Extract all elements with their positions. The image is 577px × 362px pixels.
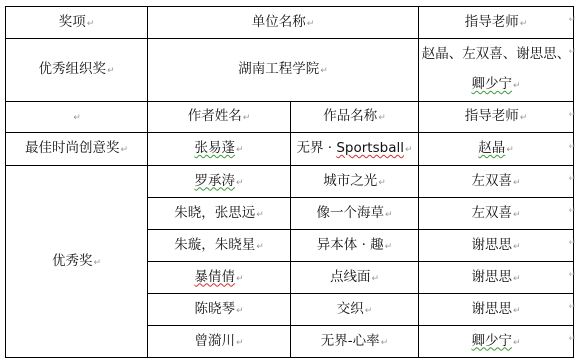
paragraph-mark-icon: ↵ — [320, 66, 328, 76]
author-cell[interactable]: 罗承涛↵ — [148, 166, 291, 198]
advisor-name: 左双喜 — [471, 205, 512, 221]
author-name: 暴倩倩 — [194, 269, 235, 285]
best-fashion-creative-author-cell[interactable]: 张易蓬↵ — [148, 133, 291, 166]
paragraph-mark-icon: ↵ — [506, 145, 514, 155]
paragraph-mark-icon: ↵ — [381, 338, 389, 348]
author-name: 罗承涛 — [194, 173, 235, 189]
author-cell[interactable]: 陈晓琴↵ — [148, 294, 291, 326]
author-cell[interactable]: 曾漪川↵ — [148, 326, 291, 358]
advisor-name: 左双喜 — [471, 173, 512, 189]
paragraph-mark-icon: ↵ — [93, 258, 101, 268]
paragraph-mark-icon: ↵ — [385, 242, 393, 252]
advisor-cell[interactable]: 谢思思↵ — [419, 294, 574, 326]
paragraph-mark-icon: ↵ — [120, 145, 128, 155]
excellent-award-row: 优秀奖↵ 罗承涛↵ 城市之光↵ 左双喜↵ — [6, 166, 574, 198]
paragraph-mark-icon: ↵ — [513, 242, 521, 252]
paragraph-mark-icon: ↵ — [307, 19, 315, 29]
work-name: 城市之光 — [323, 173, 377, 189]
table-header-row: 奖项↵ 单位名称↵ 指导老师↵ — [6, 7, 574, 39]
subheader-author: 作者姓名 — [188, 108, 242, 124]
subheader-advisor: 指导老师 — [465, 108, 519, 124]
row-end-mark-icon: ↵ — [568, 47, 576, 57]
advisor-cell[interactable]: 左双喜↵ — [419, 198, 574, 230]
excellent-award-cell[interactable]: 优秀奖↵ — [6, 166, 148, 358]
work-name: 异本体 · 趣 — [317, 237, 384, 253]
advisor-name: 卿少宁 — [471, 333, 512, 349]
organization-advisors-line1: 赵晶、左双喜、谢思思、 — [419, 39, 573, 69]
author-cell[interactable]: 朱璇，朱晓星↵ — [148, 230, 291, 262]
header-advisor-cell[interactable]: 指导老师↵ — [419, 7, 574, 39]
row-end-mark-icon: ↵ — [568, 15, 576, 25]
best-fashion-creative-advisor: 赵晶 — [478, 140, 505, 156]
advisor-name: 谢思思 — [471, 269, 512, 285]
paragraph-mark-icon: ↵ — [236, 338, 244, 348]
best-fashion-creative-work-prefix: 无界 · — [296, 140, 336, 156]
best-fashion-creative-award-cell[interactable]: 最佳时尚创意奖↵ — [6, 133, 148, 166]
author-name: 曾漪川 — [194, 333, 235, 349]
paragraph-mark-icon: ↵ — [243, 113, 251, 123]
header-award-cell[interactable]: 奖项↵ — [6, 7, 148, 39]
paragraph-mark-icon: ↵ — [513, 81, 521, 91]
work-name: 点线面 — [330, 269, 371, 285]
paragraph-mark-icon: ↵ — [378, 113, 386, 123]
header-advisor: 指导老师 — [465, 14, 519, 30]
best-fashion-creative-advisor-cell[interactable]: 赵晶↵ — [419, 133, 574, 166]
best-fashion-creative-work-suffix: Sportsball — [336, 140, 404, 156]
advisor-cell[interactable]: 谢思思↵ — [419, 262, 574, 294]
paragraph-mark-icon: ↵ — [236, 178, 244, 188]
paragraph-mark-icon: ↵ — [236, 306, 244, 316]
header-award: 奖项 — [59, 14, 86, 30]
paragraph-mark-icon: ↵ — [73, 113, 81, 123]
advisor-name: 谢思思 — [471, 237, 512, 253]
author-name: 朱晓，张思远 — [174, 205, 255, 221]
awards-table: 奖项↵ 单位名称↵ 指导老师↵ 优秀组织奖↵ 湖南工程学院↵ 赵晶、左双喜、谢思… — [5, 6, 574, 358]
paragraph-mark-icon: ↵ — [520, 113, 528, 123]
author-name: 陈晓琴 — [194, 301, 235, 317]
subheader-row: ↵ 作者姓名↵ 作品名称↵ 指导老师↵ — [6, 102, 574, 133]
organization-award-row: 优秀组织奖↵ 湖南工程学院↵ 赵晶、左双喜、谢思思、卿少宁↵ — [6, 39, 574, 102]
organization-advisors-cell[interactable]: 赵晶、左双喜、谢思思、卿少宁↵ — [419, 39, 574, 102]
advisor-cell[interactable]: 左双喜↵ — [419, 166, 574, 198]
row-end-mark-icon: ↵ — [568, 206, 576, 216]
subheader-advisor-cell[interactable]: 指导老师↵ — [419, 102, 574, 133]
author-cell[interactable]: 朱晓，张思远↵ — [148, 198, 291, 230]
row-end-mark-icon: ↵ — [568, 142, 576, 152]
author-cell[interactable]: 暴倩倩↵ — [148, 262, 291, 294]
work-cell[interactable]: 交织↵ — [291, 294, 419, 326]
organization-unit-name: 湖南工程学院 — [238, 61, 319, 77]
paragraph-mark-icon: ↵ — [256, 210, 264, 220]
row-end-mark-icon: ↵ — [568, 270, 576, 280]
row-end-mark-icon: ↵ — [568, 238, 576, 248]
paragraph-mark-icon: ↵ — [236, 274, 244, 284]
row-end-mark-icon: ↵ — [568, 302, 576, 312]
paragraph-mark-icon: ↵ — [385, 210, 393, 220]
paragraph-mark-icon: ↵ — [513, 338, 521, 348]
row-end-mark-icon: ↵ — [568, 334, 576, 344]
author-name: 朱璇，朱晓星 — [174, 237, 255, 253]
best-fashion-creative-author: 张易蓬 — [194, 140, 235, 156]
work-name: 交织 — [337, 301, 364, 317]
row-end-mark-icon: ↵ — [568, 174, 576, 184]
subheader-empty-cell[interactable]: ↵ — [6, 102, 148, 133]
header-unit: 单位名称 — [252, 14, 306, 30]
paragraph-mark-icon: ↵ — [513, 274, 521, 284]
work-cell[interactable]: 城市之光↵ — [291, 166, 419, 198]
excellent-award-label: 优秀奖 — [52, 253, 93, 269]
advisor-cell[interactable]: 谢思思↵ — [419, 230, 574, 262]
paragraph-mark-icon: ↵ — [513, 306, 521, 316]
paragraph-mark-icon: ↵ — [365, 306, 373, 316]
best-fashion-creative-work-cell[interactable]: 无界 · Sportsball↵ — [291, 133, 419, 166]
best-fashion-creative-row: 最佳时尚创意奖↵ 张易蓬↵ 无界 · Sportsball↵ 赵晶↵ — [6, 133, 574, 166]
best-fashion-creative-award: 最佳时尚创意奖 — [25, 140, 120, 156]
paragraph-mark-icon: ↵ — [107, 66, 115, 76]
organization-award-label: 优秀组织奖 — [38, 61, 106, 77]
paragraph-mark-icon: ↵ — [378, 178, 386, 188]
work-name: 无界-心率 — [321, 333, 380, 349]
row-end-mark-icon: ↵ — [568, 110, 576, 120]
subheader-work-cell[interactable]: 作品名称↵ — [291, 102, 419, 133]
subheader-work: 作品名称 — [323, 108, 377, 124]
work-cell[interactable]: 无界-心率↵ — [291, 326, 419, 358]
paragraph-mark-icon: ↵ — [513, 178, 521, 188]
paragraph-mark-icon: ↵ — [236, 145, 244, 155]
advisor-name: 谢思思 — [471, 301, 512, 317]
work-cell[interactable]: 异本体 · 趣↵ — [291, 230, 419, 262]
subheader-author-cell[interactable]: 作者姓名↵ — [148, 102, 291, 133]
paragraph-mark-icon: ↵ — [371, 274, 379, 284]
work-name: 像一个海草 — [316, 205, 384, 221]
paragraph-mark-icon: ↵ — [513, 210, 521, 220]
paragraph-mark-icon: ↵ — [405, 145, 413, 155]
work-cell[interactable]: 像一个海草↵ — [291, 198, 419, 230]
paragraph-mark-icon: ↵ — [87, 19, 95, 29]
work-cell[interactable]: 点线面↵ — [291, 262, 419, 294]
organization-advisors-line2: 卿少宁 — [471, 76, 512, 92]
header-unit-cell[interactable]: 单位名称↵ — [148, 7, 419, 39]
paragraph-mark-icon: ↵ — [256, 242, 264, 252]
organization-unit-cell[interactable]: 湖南工程学院↵ — [148, 39, 419, 102]
organization-award-cell[interactable]: 优秀组织奖↵ — [6, 39, 148, 102]
paragraph-mark-icon: ↵ — [520, 19, 528, 29]
advisor-cell[interactable]: 卿少宁↵ — [419, 326, 574, 358]
